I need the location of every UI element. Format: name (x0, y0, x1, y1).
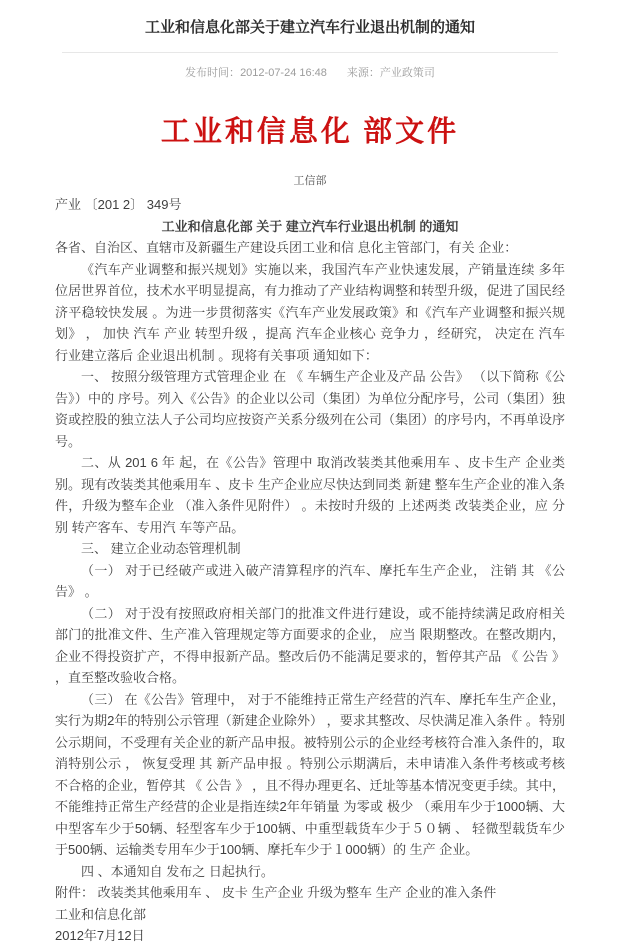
document-page: 工业和信息化部关于建立汽车行业退出机制的通知 发布时间：2012-07-24 1… (0, 0, 620, 947)
paragraph-item-3-sub-2: （二） 对于没有按照政府相关部门的批准文件进行建设，或不能持续满足政府相关部门的… (55, 603, 565, 689)
signature-agency: 工业和信息化部 (55, 904, 513, 926)
document-body: 产业 〔201 2〕 349号 工业和信息化部 关于 建立汽车行业退出机制 的通… (55, 194, 565, 947)
publish-time-label: 发布时间： (185, 67, 240, 79)
paragraph-item-1: 一、 按照分级管理方式管理企业 在 《 车辆生产企业及产品 公告》 （以下简称《… (55, 366, 565, 452)
page-title: 工业和信息化部关于建立汽车行业退出机制的通知 (40, 18, 580, 38)
meta-line: 发布时间：2012-07-24 16:48来源：产业政策司 (0, 64, 620, 80)
publish-time-value: 2012-07-24 16:48 (240, 67, 327, 79)
paragraph-item-2: 二、从 201 6 年 起，在《公告》管理中 取消改装类其他乘用车 、皮卡生产 … (55, 452, 565, 538)
paragraph-item-4: 四 、本通知自 发布之 日起执行。 (55, 861, 565, 883)
paragraph-item-3: 三、 建立企业动态管理机制 (55, 538, 565, 560)
attachment-line: 附件： 改装类其他乘用车 、 皮卡 生产企业 升级为整车 生产 企业的准入条件 (55, 882, 565, 904)
paragraph-item-3-sub-1: （一） 对于已经破产或进入破产清算程序的汽车、摩托车生产企业， 注销 其 《公告… (55, 560, 565, 603)
signature-block: 工业和信息化部 2012年7月12日 (55, 904, 565, 947)
source-value: 产业政策司 (380, 67, 435, 79)
paragraph-item-3-sub-3: （三） 在《公告》管理中， 对于不能维持正常生产经营的汽车、摩托车生产企业，实行… (55, 689, 565, 861)
title-divider (62, 52, 558, 53)
source-label: 来源： (347, 67, 380, 79)
signature-date: 2012年7月12日 (55, 925, 513, 947)
document-title: 工业和信息化部 关于 建立汽车行业退出机制 的通知 (55, 216, 565, 238)
salutation-line: 各省、自治区、直辖市及新疆生产建设兵团工业和信 息化主管部门，有关 企业： (55, 237, 565, 259)
paragraph-intro: 《汽车产业调整和振兴规划》实施以来，我国汽车产业快速发展，产销量连续 多年 位居… (55, 259, 565, 367)
agency-short-name: 工信部 (0, 174, 620, 188)
document-number: 产业 〔201 2〕 349号 (55, 194, 565, 216)
red-letterhead: 工业和信息化 部文件 (0, 116, 620, 148)
